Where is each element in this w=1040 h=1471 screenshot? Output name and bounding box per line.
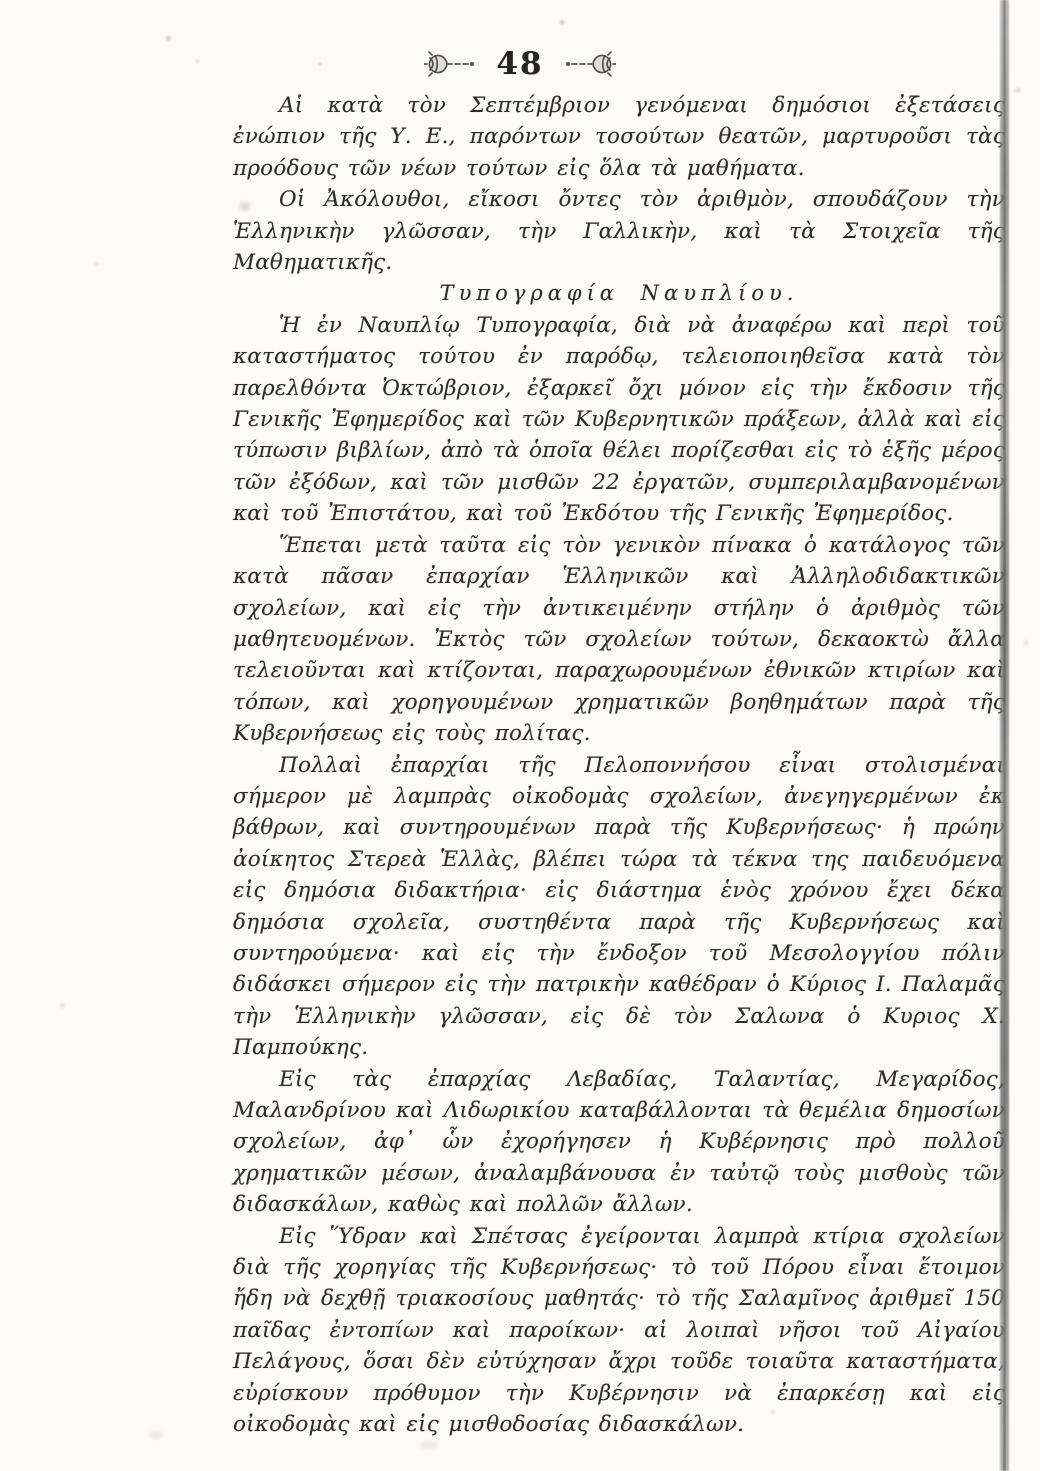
paragraph-exams: Αἱ κατὰ τὸν Σεπτέμβριον γενόμεναι δημόσι…: [233, 90, 1005, 184]
paragraph-akolouthoi: Οἱ Ἀκόλουθοι, εἴκοσι ὄντες τὸν ἀριθμὸν, …: [233, 184, 1005, 278]
fleuron-right-icon: [562, 51, 616, 77]
paragraph-peloponnese: Πολλαὶ ἐπαρχίαι τῆς Πελοποννήσου εἶναι σ…: [233, 750, 1005, 1064]
paragraph-islands: Εἰς Ὕδραν καὶ Σπέτσας ἐγείρονται λαμπρὰ …: [233, 1221, 1005, 1441]
paper-speck: [770, 1410, 775, 1414]
paper-speck: [960, 1350, 964, 1354]
paper-speck: [1024, 640, 1028, 646]
paper-speck: [60, 1003, 65, 1008]
paragraph-provinces: Εἰς τὰς ἐπαρχίας Λεβαδίας, Ταλαντίας, Με…: [233, 1064, 1005, 1221]
section-heading-typografia: Τυπογραφία Ναυπλίου.: [233, 278, 1005, 309]
paper-smudge: [420, 1442, 438, 1448]
scan-gutter-core-line: [1003, 0, 1006, 1471]
paper-smudge: [150, 1432, 162, 1438]
paper-speck: [318, 62, 322, 66]
page-header: 48: [0, 46, 1040, 82]
paper-smudge: [240, 202, 250, 211]
paper-speck: [166, 36, 171, 41]
paper-speck: [196, 60, 199, 63]
scanned-book-page: 48 Αἱ κατὰ τὸν Σεπτέμβριον γενόμεναι δημ…: [0, 0, 1040, 1471]
fleuron-left-icon: [424, 51, 478, 77]
paper-speck: [560, 20, 564, 25]
paper-smudge: [283, 1392, 297, 1400]
paragraph-school-table: Ἕπεται μετὰ ταῦτα εἰς τὸν γενικὸν πίνακα…: [233, 530, 1005, 750]
paper-speck: [95, 262, 99, 266]
paragraph-typography: Ἡ ἐν Ναυπλίῳ Τυπογραφία, διὰ νὰ ἀναφέρω …: [233, 310, 1005, 530]
page-text-block: Αἱ κατὰ τὸν Σεπτέμβριον γενόμεναι δημόσι…: [233, 90, 1005, 1440]
page-number: 48: [496, 46, 543, 82]
paper-speck: [1015, 88, 1021, 93]
